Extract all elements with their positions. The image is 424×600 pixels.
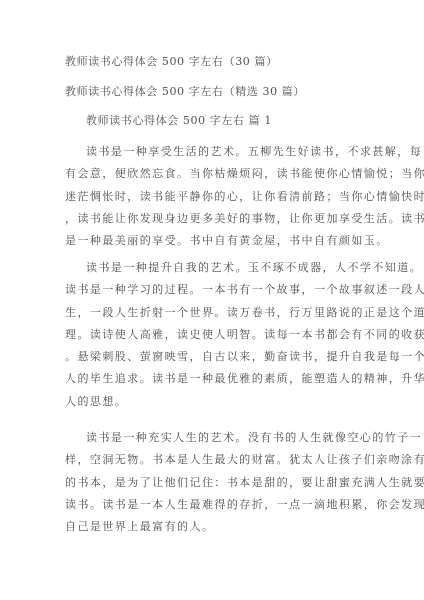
text-line: 样，空洞无物。书本是人生最大的财富。犹太人让孩子们亲吻涂有 xyxy=(65,449,355,471)
text-line: 是一种最美丽的享受。书中自有黄金屋，书中自有颜如玉。 xyxy=(65,230,355,252)
text-line: 读书是一种学习的过程。一本书有一个故事，一个故事叙述一段人 xyxy=(65,279,355,301)
document-title: 教师读书心得体会 500 字左右（30 篇） xyxy=(65,55,278,69)
text-line: 读书是一种享受生活的艺术。五柳先生好读书，不求甚解，每 xyxy=(65,141,355,163)
paragraph-1: 读书是一种享受生活的艺术。五柳先生好读书，不求甚解，每 有会意，便欣然忘食。当你… xyxy=(65,141,355,252)
text-line: 理。读诗使人高雅，读史使人明智。读每一本书都会有不同的收获 xyxy=(65,324,355,346)
text-line: 人的毕生追求。读书是一种最优雅的素质，能塑造人的精神，升华 xyxy=(65,368,355,390)
document-subtitle: 教师读书心得体会 500 字左右（精选 30 篇） xyxy=(65,85,305,99)
section-heading: 教师读书心得体会 500 字左右 篇 1 xyxy=(86,114,272,128)
text-line: 人的思想。 xyxy=(65,391,355,413)
text-line: 生，一段人生折射一个世界。读万卷书，行万里路说的正是这个道 xyxy=(65,302,355,324)
text-line: 有会意，便欣然忘食。当你枯燥烦闷，读书能使你心情愉悦；当你 xyxy=(65,163,355,185)
text-line: 。悬梁刺股、萤窗映雪，自古以来，勤奋读书，提升自我是每一个 xyxy=(65,346,355,368)
text-line: 读书是一种充实人生的艺术。没有书的人生就像空心的竹子一 xyxy=(65,427,355,449)
text-line: ，读书能让你发现身边更多美好的事物，让你更加享受生活。读书 xyxy=(65,208,355,230)
text-line: 自己是世界上最富有的人。 xyxy=(65,516,355,538)
text-line: 读书。读书是一本人生最难得的存折，一点一滴地积累，你会发现 xyxy=(65,494,355,516)
document-page: 教师读书心得体会 500 字左右（30 篇） 教师读书心得体会 500 字左右（… xyxy=(0,0,424,600)
paragraph-2: 读书是一种提升自我的艺术。玉不琢不成器，人不学不知道。 读书是一种学习的过程。一… xyxy=(65,257,355,413)
text-line: 迷茫惆怅时，读书能平静你的心，让你看清前路；当你心情愉快时 xyxy=(65,186,355,208)
text-line: 的书本，是为了让他们记住：书本是甜的，要让甜蜜充满人生就要 xyxy=(65,472,355,494)
text-line: 读书是一种提升自我的艺术。玉不琢不成器，人不学不知道。 xyxy=(65,257,355,279)
paragraph-3: 读书是一种充实人生的艺术。没有书的人生就像空心的竹子一 样，空洞无物。书本是人生… xyxy=(65,427,355,538)
